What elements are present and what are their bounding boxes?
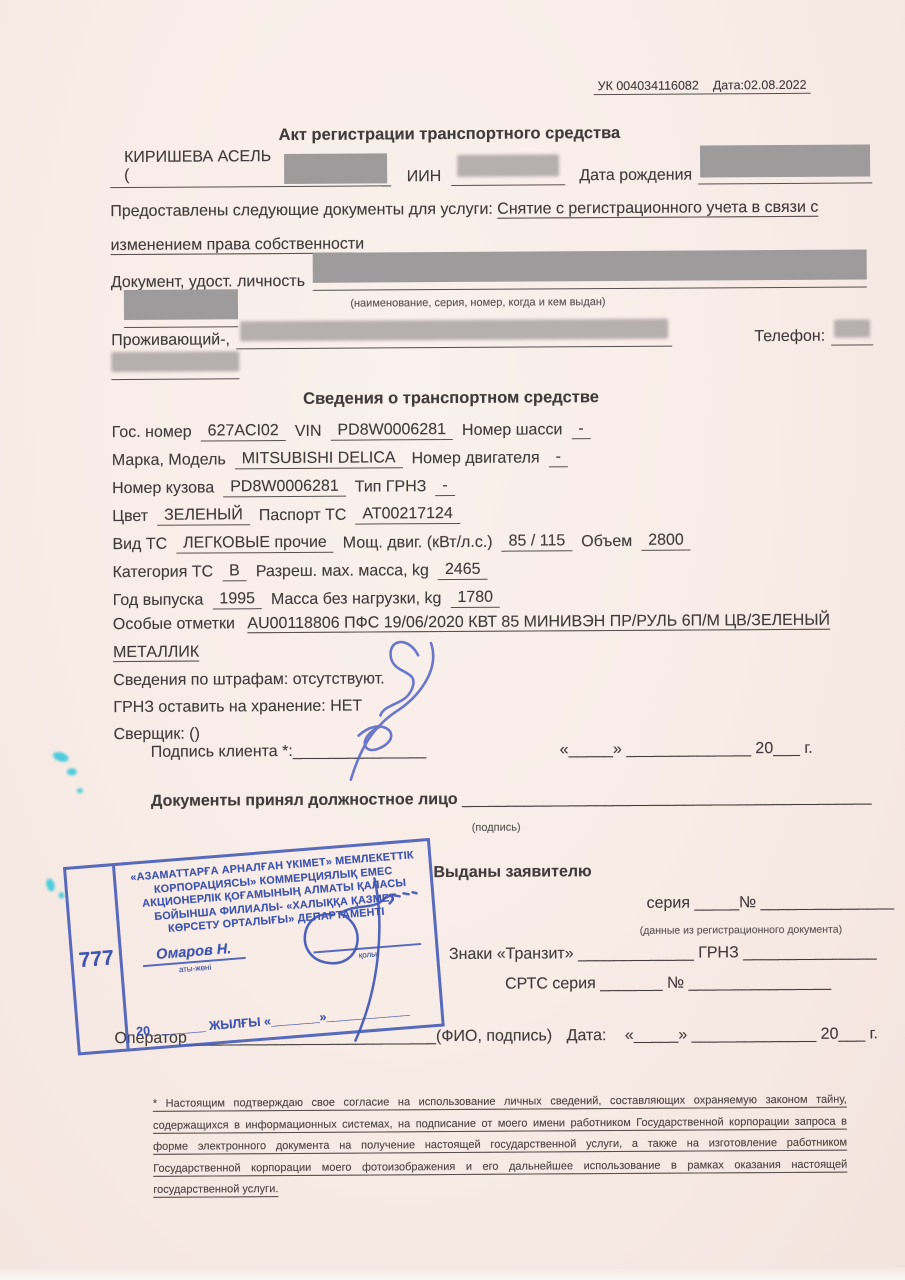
operator-fio-caption: (ФИО, подпись) [436,1027,552,1045]
vehicle-row-year: Год выпуска 1995 Масса без нагрузки, kg … [113,577,883,610]
notes-label: Особые отметки [113,615,235,633]
year-value: 1995 [212,590,262,609]
residing-label: Проживающий-, [111,331,230,350]
cyan-ink-mark [77,788,83,793]
vin-label: VIN [295,423,322,441]
category-label: Категория ТС [113,563,214,582]
power-label: Мощ. двиг. (кВт/л.с.) [343,534,493,553]
cyan-ink-mark [52,750,70,763]
identity-doc-caption: (наименование, серия, номер, когда и кем… [298,296,658,310]
engine-label: Номер двигателя [412,449,540,468]
vehicle-details: Гос. номер 627ACI02 VIN PD8W0006281 Номе… [112,409,884,748]
cyan-ink-mark [67,768,77,775]
redaction-blur [111,351,239,372]
docs-provided-label: Предоставлены следующие документы для ус… [110,201,493,220]
official-blank: ________________________________________… [462,788,871,808]
max-mass-label: Разреш. мах. масса, kg [256,562,429,581]
residing-row2 [111,351,239,380]
issued-transit-line: Знаки «Транзит» _____________ ГРНЗ _____… [449,943,877,964]
chassis-value: - [571,420,590,439]
cyan-ink-mark [45,878,56,893]
gov-number-label: Гос. номер [112,424,192,442]
engine-value: - [549,448,568,467]
redaction-box [700,144,870,177]
make-label: Марка, Модель [112,451,226,470]
operator-date-blank: «_____» ______________ 20___ г. [625,1025,878,1044]
identity-doc-row: Документ, удост. личность [111,255,867,292]
phone-label: Телефон: [754,328,825,346]
volume-label: Объем [581,533,632,551]
issued-srts-line: СРТС серия _______ № ________________ [505,974,831,994]
empty-mass-label: Масса без нагрузки, kg [271,590,442,609]
client-sign-row: Подпись клиента *: _______________ «____… [151,740,813,762]
redaction-box [124,289,238,320]
power-value: 85 / 115 [502,532,573,551]
body-label: Номер кузова [112,479,214,498]
passport-value: АТ00217124 [355,505,460,525]
stamp-name-caption: аты-жөні [179,962,212,974]
birth-label: Дата рождения [579,167,692,186]
residing-row: Проживающий-, Телефон: [111,317,873,350]
applicant-row: КИРИШЕВА АСЕЛЬ ( ИИН Дата рождения [110,149,872,188]
page-title: Акт регистрации транспортного средства [0,122,902,147]
applicant-name: КИРИШЕВА АСЕЛЬ ( [124,148,279,185]
official-row: Документы принял должностное лицо ______… [151,788,872,810]
redaction-blur [457,154,559,177]
redaction-box [313,249,867,282]
vehicle-section-title: Сведения о транспортном средстве [0,386,904,411]
doc-date: Дата:02.08.2022 [713,78,807,93]
client-sign-blank: _______________ [293,742,427,761]
official-stamp: 777 «АЗАМАТТАРҒА АРНАЛҒАН ҮКІМЕТ» МЕМЛЕК… [63,838,445,1056]
kind-label: Вид ТС [112,536,167,554]
official-sign-caption: (подпись) [396,821,596,834]
body-value: PD8W0006281 [223,478,346,498]
empty-mass-value: 1780 [450,589,500,608]
vin-value: PD8W0006281 [330,421,453,441]
plate-type-label: Тип ГРНЗ [355,478,427,496]
gov-number-value: 627ACI02 [201,422,286,442]
color-value: ЗЕЛЕНЫЙ [157,506,250,526]
issued-caption: (данные из регистрационного документа) [640,924,842,937]
stamp-sign-caption: қолы [358,949,377,959]
cyan-ink-mark [59,892,65,898]
issued-title: Выданы заявителю [433,863,591,882]
make-value: MITSUBISHI DELICA [235,449,403,469]
scan-edge [0,1267,905,1280]
color-label: Цвет [112,508,148,526]
uk-ref-number: УК 004034116082 [598,78,699,93]
redaction-blur [240,319,668,342]
operator-date-label: Дата: [567,1027,607,1044]
consent-footnote: * Настоящим подтверждаю свое согласие на… [153,1090,848,1202]
chassis-label: Номер шасси [462,421,562,440]
redaction-blur [834,319,870,337]
scanned-document-page: УК 004034116082 Дата:02.08.2022 Акт реги… [0,0,905,1280]
client-sign-label: Подпись клиента *: [151,743,293,762]
kind-value: ЛЕГКОВЫЕ прочие [176,534,334,554]
redaction-box [284,153,386,184]
category-value: В [222,562,247,581]
volume-value: 2800 [641,532,691,551]
vehicle-row-notes: Особые отметки AU00118806 ПФС 19/06/2020… [113,606,883,667]
plate-type-value: - [435,477,454,496]
doc-reference: УК 004034116082 Дата:02.08.2022 [594,78,811,95]
official-label: Документы принял должностное лицо [151,791,458,810]
iin-label: ИИН [407,168,442,186]
client-sign-date-blank: «_____» ______________ 20___ г. [560,740,813,760]
issued-seria-line: серия _____№ _______________ [647,893,895,913]
year-label: Год выпуска [113,592,204,611]
passport-label: Паспорт ТС [259,507,347,526]
max-mass-value: 2465 [438,561,488,580]
